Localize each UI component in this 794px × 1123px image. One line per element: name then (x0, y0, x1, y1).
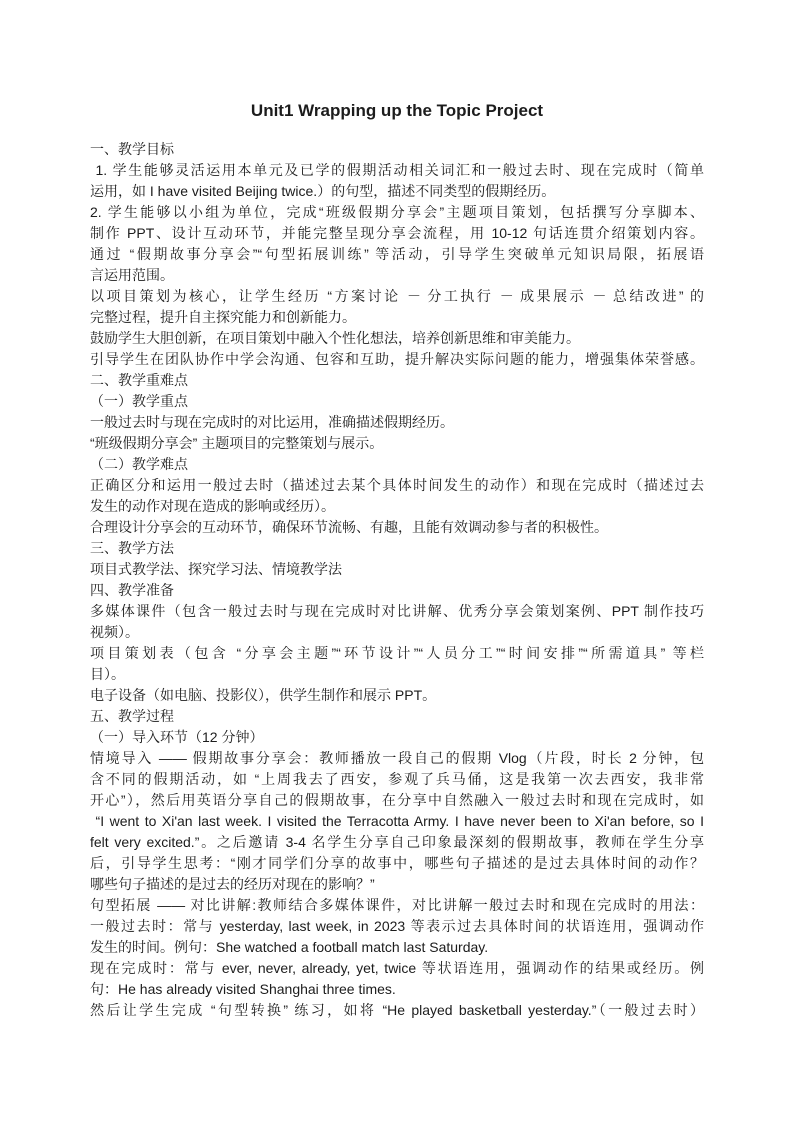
text-line: 一般过去时：常与 yesterday, last week, in 2023 等… (90, 916, 704, 937)
text-line: 鼓励学生大胆创新，在项目策划中融入个性化想法，培养创新思维和审美能力。 (90, 328, 704, 349)
text-line: 项目式教学法、探究学习法、情境教学法 (90, 559, 704, 580)
document-title: Unit1 Wrapping up the Topic Project (90, 99, 704, 123)
text-line: 三、教学方法 (90, 538, 704, 559)
text-line: felt very excited.”。之后邀请 3-4 名学生分享自己印象最深… (90, 832, 704, 853)
text-line: 发生的时间。例句：She watched a football match la… (90, 937, 704, 958)
text-line: 正确区分和运用一般过去时（描述过去某个具体时间发生的动作）和现在完成时（描述过去 (90, 475, 704, 496)
text-line: 含不同的假期活动，如 “上周我去了西安，参观了兵马俑，这是我第一次去西安，我非常 (90, 769, 704, 790)
text-line: 视频）。 (90, 622, 704, 643)
text-line: 目）。 (90, 664, 704, 685)
text-line: “I went to Xi'an last week. I visited th… (90, 811, 704, 832)
text-line: 发生的动作对现在造成的影响或经历）。 (90, 496, 704, 517)
text-line: 四、教学准备 (90, 580, 704, 601)
text-line: 现在完成时：常与 ever, never, already, yet, twic… (90, 958, 704, 979)
text-line: 后，引导学生思考：“刚才同学们分享的故事中，哪些句子描述的是过去具体时间的动作？ (90, 853, 704, 874)
text-line: 运用，如 I have visited Beijing twice.）的句型，描… (90, 181, 704, 202)
text-line: 五、教学过程 (90, 706, 704, 727)
document-body: 一、教学目标 1. 学生能够灵活运用本单元及已学的假期活动相关词汇和一般过去时、… (90, 139, 704, 1021)
text-line: 引导学生在团队协作中学会沟通、包容和互助，提升解决实际问题的能力，增强集体荣誉感… (90, 349, 704, 370)
text-line: 以项目策划为核心，让学生经历 “方案讨论 － 分工执行 － 成果展示 － 总结改… (90, 286, 704, 307)
text-line: 言运用范围。 (90, 265, 704, 286)
text-line: 一般过去时与现在完成时的对比运用，准确描述假期经历。 (90, 412, 704, 433)
text-line: 二、教学重难点 (90, 370, 704, 391)
document-page: Unit1 Wrapping up the Topic Project 一、教学… (0, 0, 794, 1123)
text-line: 多媒体课件（包含一般过去时与现在完成时对比讲解、优秀分享会策划案例、PPT 制作… (90, 601, 704, 622)
text-line: 2. 学生能够以小组为单位，完成“班级假期分享会”主题项目策划，包括撰写分享脚本… (90, 202, 704, 223)
text-line: 哪些句子描述的是过去的经历对现在的影响？” (90, 874, 704, 895)
text-line: 1. 学生能够灵活运用本单元及已学的假期活动相关词汇和一般过去时、现在完成时（简… (90, 160, 704, 181)
text-line: 然后让学生完成 “句型转换” 练习，如将 “He played basketba… (90, 1000, 704, 1021)
text-line: 项目策划表（包含 “分享会主题”“环节设计”“人员分工”“时间安排”“所需道具”… (90, 643, 704, 664)
text-line: “班级假期分享会” 主题项目的完整策划与展示。 (90, 433, 704, 454)
text-line: 开心”），然后用英语分享自己的假期故事，在分享中自然融入一般过去时和现在完成时，… (90, 790, 704, 811)
text-line: 情境导入 —— 假期故事分享会：教师播放一段自己的假期 Vlog（片段，时长 2… (90, 748, 704, 769)
text-line: 合理设计分享会的互动环节，确保环节流畅、有趣，且能有效调动参与者的积极性。 (90, 517, 704, 538)
text-line: 句型拓展 —— 对比讲解:教师结合多媒体课件，对比讲解一般过去时和现在完成时的用… (90, 895, 704, 916)
text-line: 电子设备（如电脑、投影仪），供学生制作和展示 PPT。 (90, 685, 704, 706)
text-line: 句：He has already visited Shanghai three … (90, 979, 704, 1000)
text-line: （一）教学重点 (90, 391, 704, 412)
text-line: （二）教学难点 (90, 454, 704, 475)
text-line: 通过 “假期故事分享会”“句型拓展训练” 等活动，引导学生突破单元知识局限，拓展… (90, 244, 704, 265)
text-line: （一）导入环节（12 分钟） (90, 727, 704, 748)
text-line: 一、教学目标 (90, 139, 704, 160)
text-line: 制作 PPT、设计互动环节，并能完整呈现分享会流程，用 10-12 句话连贯介绍… (90, 223, 704, 244)
text-line: 完整过程，提升自主探究能力和创新能力。 (90, 307, 704, 328)
